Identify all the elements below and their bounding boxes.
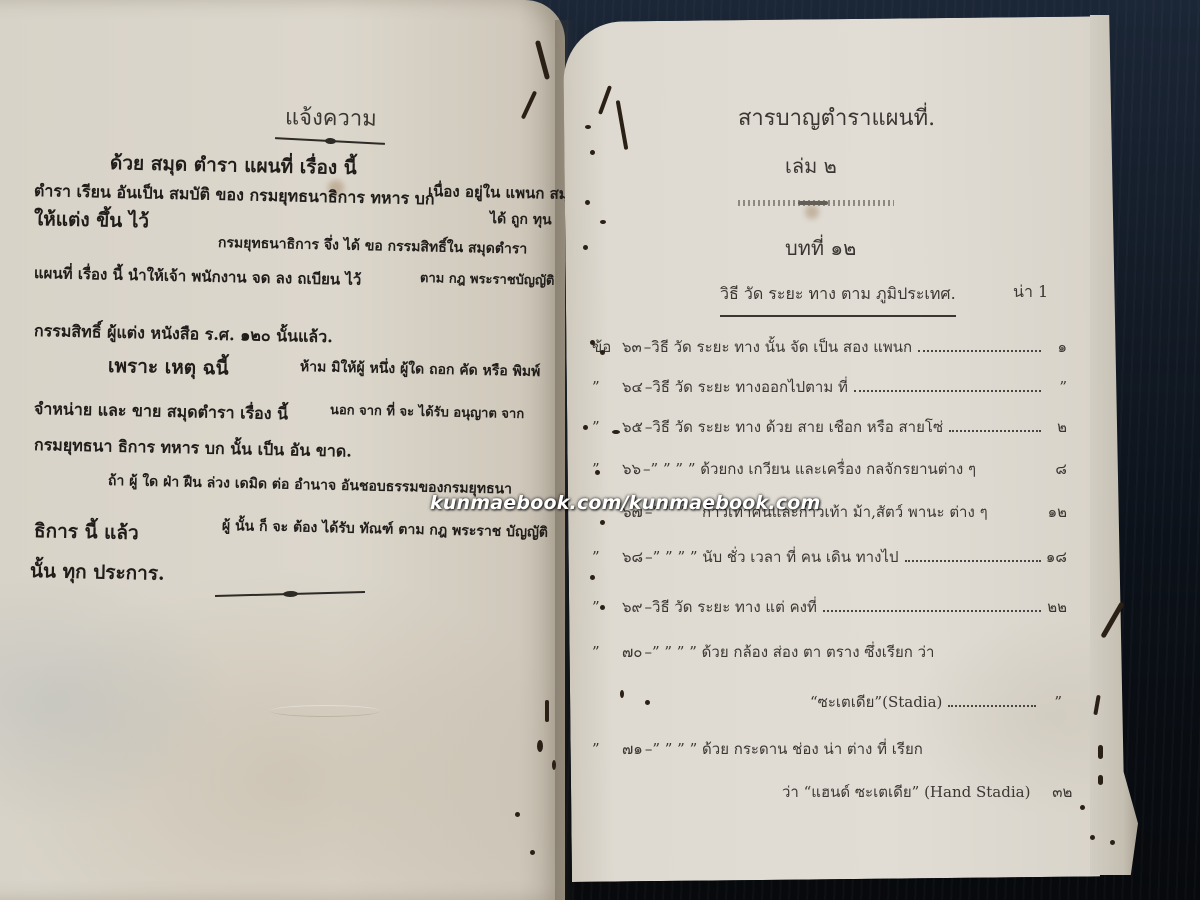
wormhole — [1098, 745, 1103, 759]
dot-leader — [823, 610, 1041, 612]
toc-prefix: ” — [592, 460, 622, 478]
notice-line: เพราะ เหตุ ฉนี้ — [108, 355, 229, 380]
toc-text: “ซะเตเดีย”(Stadia) — [810, 690, 942, 714]
wormhole — [600, 605, 605, 610]
wormhole — [530, 850, 535, 855]
toc-page: ๑ — [1045, 335, 1067, 359]
wormhole — [552, 760, 556, 770]
dot-leader — [948, 705, 1036, 707]
toc-text: วิธี วัด ระยะ ทาง ด้วย สาย เชือก หรือ สา… — [652, 415, 943, 439]
wormhole — [1098, 775, 1103, 785]
toc-prefix: ” — [592, 598, 622, 616]
wormhole — [620, 690, 624, 698]
toc-number: ๖๙ — [622, 595, 643, 619]
wormhole — [645, 700, 650, 705]
wormhole — [583, 425, 588, 430]
toc-text: ” ” ” ” ด้วยกง เกวียน และเครื่อง กลจักรย… — [651, 457, 977, 481]
notice-line: นั้น ทุก ประการ. — [30, 560, 165, 585]
toc-text: วิธี วัด ระยะ ทาง นั้น จัด เป็น สอง แพนก — [651, 335, 912, 359]
toc-row: ” ๖๖– ” ” ” ” ด้วยกง เกวียน และเครื่อง ก… — [592, 457, 1067, 481]
wormhole — [537, 740, 543, 752]
dot-leader — [854, 390, 1041, 392]
toc-page: ๓๒ — [1050, 780, 1072, 804]
notice-line: ตาม กฎ พระราชบัญญัติ — [420, 268, 555, 293]
wormhole — [585, 125, 591, 129]
dot-leader — [949, 430, 1041, 432]
wormhole — [590, 575, 595, 580]
toc-page: ๒๒ — [1045, 595, 1067, 619]
dot-leader — [905, 560, 1042, 562]
toc-text: ” ” ” ” ด้วย กล้อง ส่อง ตา ตราง ซึ่งเรีย… — [652, 640, 935, 664]
wormhole — [585, 200, 590, 205]
toc-page: ๒ — [1045, 415, 1067, 439]
toc-page: ๑๘ — [1045, 545, 1067, 569]
toc-prefix: ” — [592, 378, 622, 396]
toc-row: ” ๖๔– วิธี วัด ระยะ ทางออกไปตาม ที่ ” — [592, 375, 1067, 399]
section-heading: วิธี วัด ระยะ ทาง ตาม ภูมิประเทศ. — [720, 282, 956, 317]
toc-row: ” ๖๕– วิธี วัด ระยะ ทาง ด้วย สาย เชือก ห… — [592, 415, 1067, 439]
wormhole — [600, 220, 606, 224]
toc-number: ๗๑ — [622, 737, 643, 761]
wormhole — [1110, 840, 1115, 845]
toc-row: “ซะเตเดีย”(Stadia) ” — [810, 690, 1062, 714]
volume-label: เล่ม ๒ — [785, 150, 837, 182]
wormhole — [545, 700, 549, 722]
wormhole — [590, 150, 595, 155]
wormhole — [590, 340, 595, 345]
wormhole — [515, 812, 520, 817]
section-page-label: น่า 1 — [1013, 280, 1048, 305]
wormhole — [595, 470, 600, 475]
notice-line: ได้ ถูก ทุน — [490, 208, 552, 231]
toc-page: ” — [1040, 693, 1062, 711]
notice-line: ให้แต่ง ขึ้น ไว้ — [34, 208, 150, 232]
toc-row: ข้อ ๖๓– วิธี วัด ระยะ ทาง นั้น จัด เป็น … — [592, 335, 1067, 359]
wormhole — [583, 245, 588, 250]
left-page-title: แจ้งความ — [285, 99, 377, 136]
toc-number: ๖๖ — [622, 457, 641, 481]
toc-text: ” ” ” ” ด้วย กระดาน ช่อง น่า ต่าง ที่ เร… — [652, 737, 923, 761]
toc-page: ๑๒ — [1045, 500, 1067, 524]
toc-text: ว่า “แฮนด์ ซะเตเดีย” (Hand Stadia) — [782, 780, 1030, 804]
toc-prefix: ” — [592, 643, 622, 661]
toc-number: ๖๓ — [622, 335, 642, 359]
toc-row: ” ๖๙– วิธี วัด ระยะ ทาง แต่ คงที่ ๒๒ — [592, 595, 1067, 619]
wormhole — [1090, 835, 1095, 840]
toc-prefix: ” — [592, 548, 622, 566]
notice-line: นอก จาก ที่ จะ ได้รับ อนุญาต จาก — [330, 400, 525, 426]
toc-number: ๖๘ — [622, 545, 643, 569]
chapter-heading: บทที่ ๑๒ — [785, 232, 856, 264]
book-title: สารบาญตำราแผนที่. — [738, 100, 935, 135]
toc-text: วิธี วัด ระยะ ทางออกไปตาม ที่ — [652, 375, 848, 399]
toc-row: ” ๗๐– ” ” ” ” ด้วย กล้อง ส่อง ตา ตราง ซึ… — [592, 640, 1067, 664]
dot-leader — [918, 350, 1041, 352]
toc-page: ” — [1045, 378, 1067, 396]
toc-number: ๖๕ — [622, 415, 643, 439]
toc-number: ๖๔ — [622, 375, 643, 399]
toc-prefix: ข้อ — [592, 335, 622, 359]
foxing-stain — [805, 205, 819, 219]
notice-line: เนื่อง อยู่ใน แพนก สมุด — [428, 180, 579, 205]
toc-text: วิธี วัด ระยะ ทาง แต่ คงที่ — [652, 595, 817, 619]
embossed-ornament — [270, 705, 380, 717]
wormhole — [600, 520, 605, 525]
notice-line: ธิการ นี้ แล้ว — [34, 520, 139, 544]
wormhole — [600, 350, 605, 355]
toc-row: ว่า “แฮนด์ ซะเตเดีย” (Hand Stadia) ๓๒ — [782, 780, 1067, 804]
toc-row: ” ๗๑– ” ” ” ” ด้วย กระดาน ช่อง น่า ต่าง … — [592, 737, 1067, 761]
toc-row: ” ๖๘– ” ” ” ” นับ ชั่ว เวลา ที่ คน เดิน … — [592, 545, 1067, 569]
wormhole — [612, 430, 620, 434]
watermark-text: kunmaebook.com/kunmaebook.com — [430, 492, 820, 514]
toc-text: ” ” ” ” นับ ชั่ว เวลา ที่ คน เดิน ทางไป — [653, 545, 899, 569]
toc-number: ๗๐ — [622, 640, 642, 664]
toc-prefix: ” — [592, 740, 622, 758]
wavy-divider — [738, 200, 894, 206]
toc-page: ๘ — [1045, 457, 1067, 481]
wormhole — [1080, 805, 1085, 810]
